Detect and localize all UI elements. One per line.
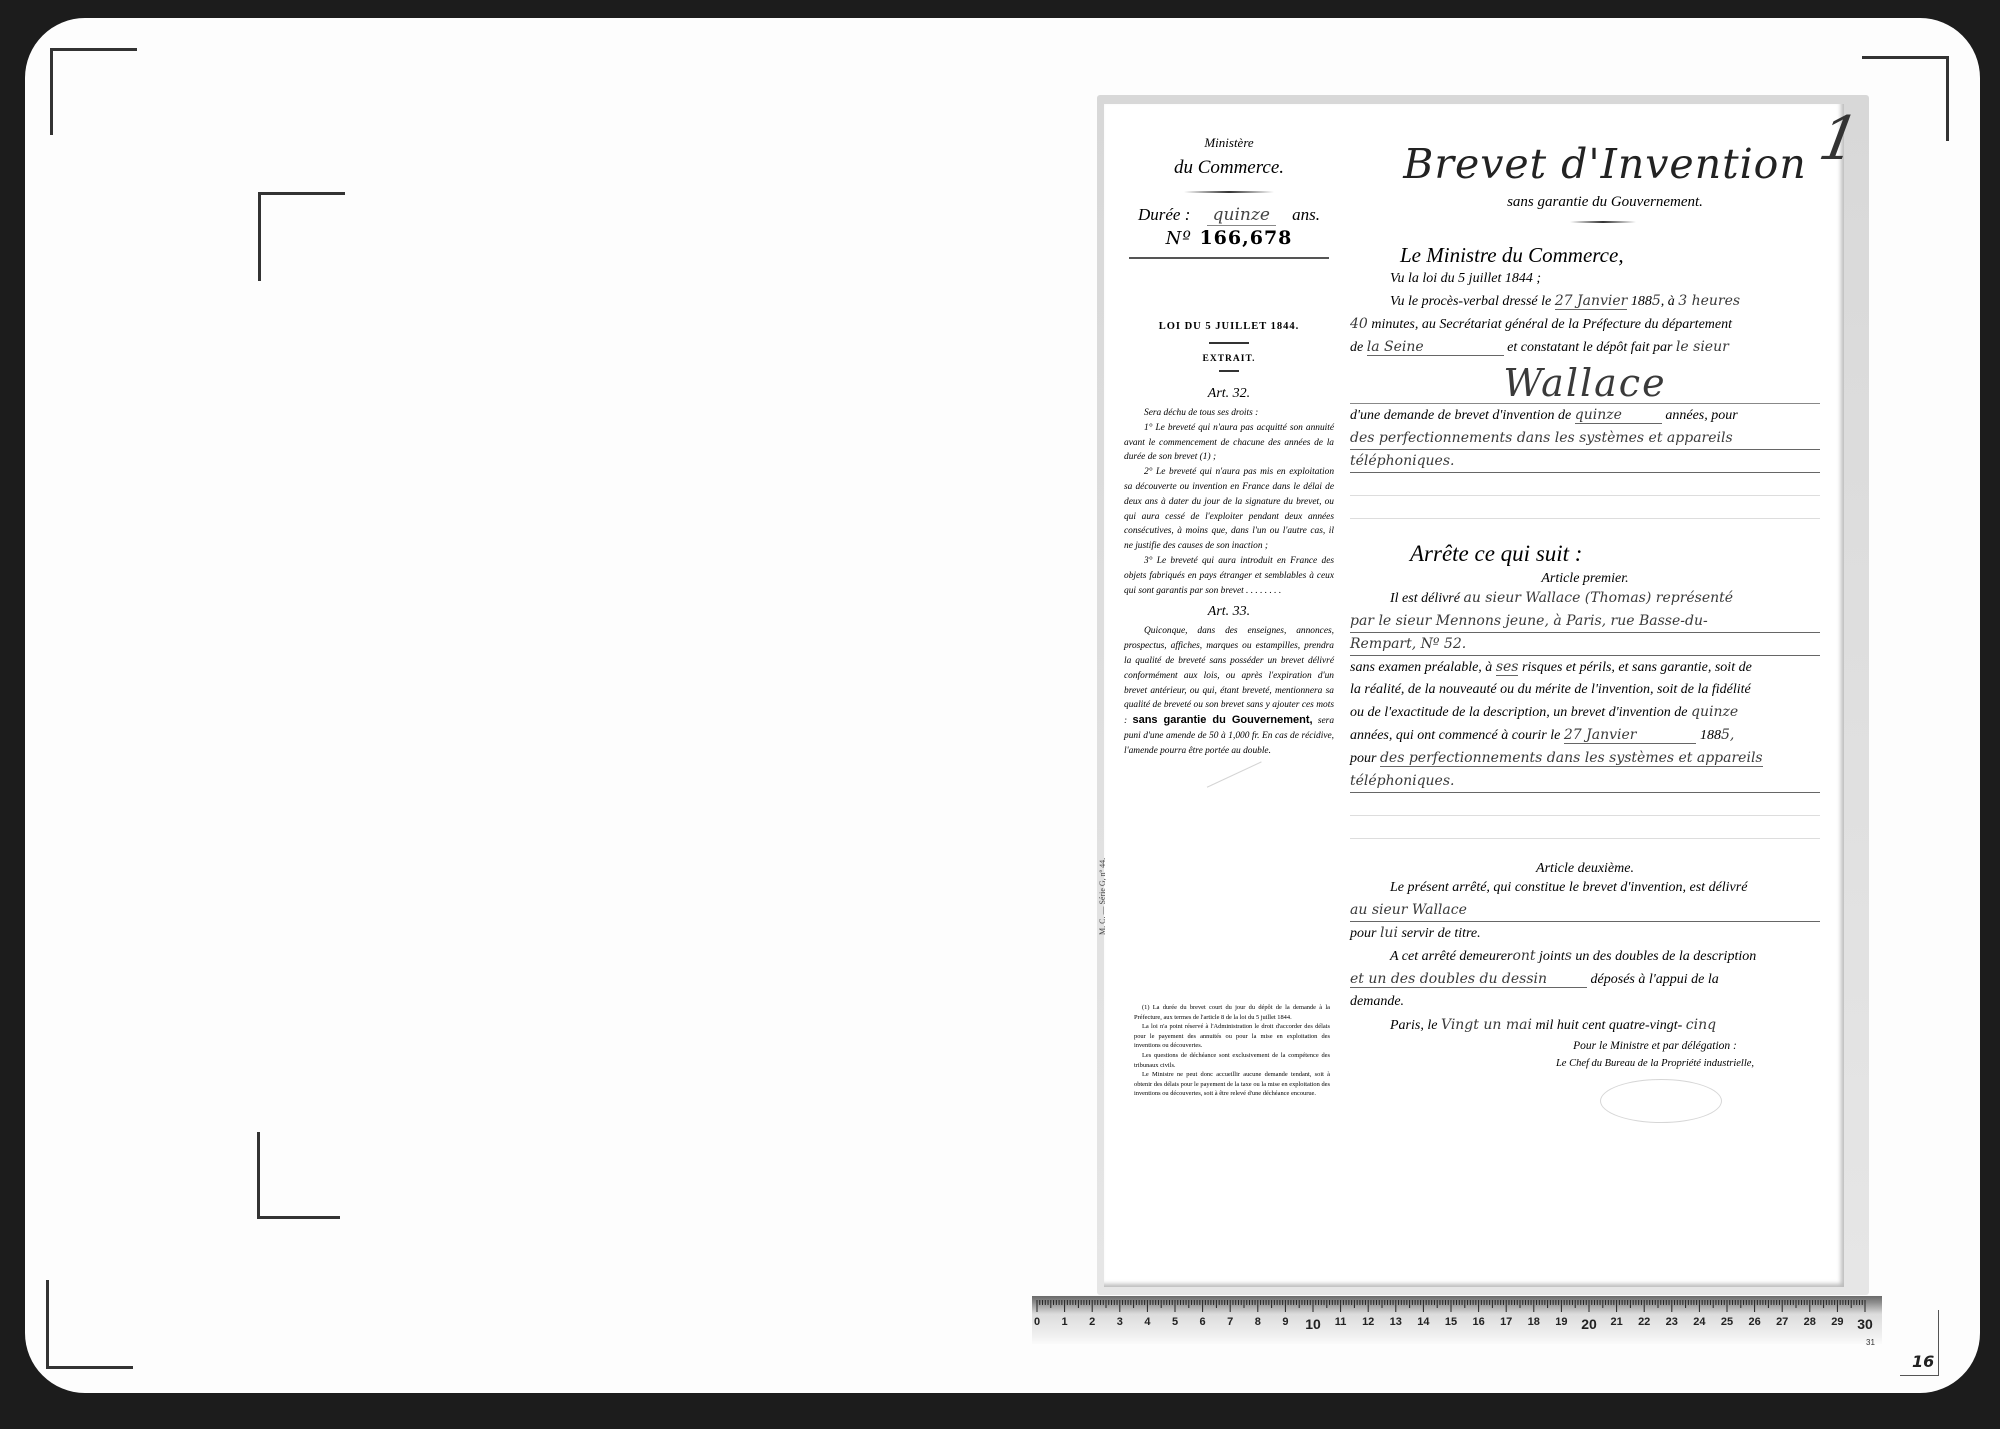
ruler-label: 27 — [1776, 1316, 1788, 1328]
document-title: Brevet d'Invention — [1390, 140, 1820, 188]
short-divider — [1209, 342, 1249, 344]
duration-label: Durée : — [1138, 205, 1190, 224]
article-2-line: au sieur Wallace — [1350, 899, 1820, 922]
article-1-heading: Article premier. — [1350, 571, 1820, 587]
signature — [1600, 1079, 1722, 1123]
corner-bracket — [1900, 1375, 1939, 1376]
deposit-person: le sieur — [1676, 339, 1729, 355]
article-1-line: Rempart, Nº 52. — [1350, 633, 1820, 656]
demand-prefix: d'une demande de brevet d'invention de — [1350, 408, 1571, 423]
ministry-name: du Commerce. — [1124, 157, 1334, 179]
article-2-line: demande. — [1350, 991, 1820, 1013]
demand-duration: quinze — [1575, 407, 1662, 424]
text: années, qui ont commencé à courir le — [1350, 728, 1560, 743]
hand-value: ses — [1496, 659, 1519, 676]
minister-heading: Le Ministre du Commerce, — [1400, 243, 1820, 268]
footnote: Le Ministre ne peut donc accueillir aucu… — [1134, 1070, 1330, 1099]
patent-number: Nº 166,678 — [1124, 227, 1334, 249]
ruler-label: 2 — [1089, 1316, 1095, 1328]
article-1-line: années, qui ont commencé à courir le 27 … — [1350, 724, 1820, 747]
article-2-heading: Article deuxième. — [1350, 861, 1820, 877]
ruler-label: 17 — [1500, 1316, 1512, 1328]
text: joint — [1539, 949, 1565, 964]
crop-mark-top-left-outer — [50, 48, 137, 135]
ruler-label: 6 — [1200, 1316, 1206, 1328]
pv-prefix: Vu le procès-verbal dressé le — [1390, 294, 1551, 309]
frame-number: 16 — [1912, 1352, 1934, 1371]
article-1-line: par le sieur Mennons jeune, à Paris, rue… — [1350, 610, 1820, 633]
number-prefix: Nº — [1166, 228, 1192, 249]
arrete-heading: Arrête ce qui suit : — [1410, 541, 1820, 567]
article-33-text-before: Quiconque, dans des enseignes, annonces,… — [1124, 626, 1334, 726]
article-33-emphasis: sans garantie du Gouvernement, — [1132, 714, 1312, 726]
applicant-name: Wallace — [1350, 363, 1820, 404]
article-2-line: pour lui servir de titre. — [1350, 922, 1820, 945]
grantee: au sieur Wallace (Thomas) représenté — [1463, 590, 1733, 606]
proces-verbal-line: Vu le procès-verbal dressé le 27 Janvier… — [1350, 290, 1820, 313]
article-1-line: téléphoniques. — [1350, 770, 1820, 793]
extract-heading: EXTRAIT. — [1124, 354, 1334, 364]
footnote: (1) La durée du brevet court du jour du … — [1134, 1003, 1330, 1022]
duration-field: Durée : quinze ans. — [1124, 205, 1334, 225]
ruler-label: 0 — [1034, 1316, 1040, 1328]
blank-lines — [1350, 815, 1820, 839]
text: 188 — [1700, 728, 1721, 743]
footnotes: (1) La durée du brevet court du jour du … — [1134, 1003, 1330, 1099]
article-32-paragraph: 3° Le breveté qui aura introduit en Fran… — [1124, 554, 1334, 598]
article-1-line: sans examen préalable, à ses risques et … — [1350, 656, 1820, 679]
dept-value: la Seine — [1367, 339, 1504, 356]
ruler-label: 13 — [1390, 1316, 1402, 1328]
ruler-label: 30 — [1857, 1316, 1873, 1332]
article-1-line: Il est délivré au sieur Wallace (Thomas)… — [1350, 587, 1820, 610]
date-day: Vingt un mai — [1441, 1017, 1532, 1033]
ruler-label: 9 — [1282, 1316, 1288, 1328]
ruler-label: 18 — [1528, 1316, 1540, 1328]
ruler-label: 21 — [1610, 1316, 1622, 1328]
corner-bracket — [1938, 1310, 1939, 1376]
duration-unit: ans. — [1292, 205, 1320, 224]
text: A cet arrêté demeurer — [1390, 949, 1512, 964]
hand-value: s — [1565, 948, 1572, 964]
pv-date: 27 Janvier — [1555, 293, 1628, 310]
article-2-line: A cet arrêté demeureront joints un des d… — [1350, 945, 1820, 968]
ruler-label: 10 — [1305, 1316, 1321, 1332]
article-33-heading: Art. 33. — [1124, 604, 1334, 620]
pv-year-prefix: 188 — [1631, 294, 1652, 309]
ministry-label: Ministère — [1124, 135, 1334, 151]
ruler-label: 23 — [1666, 1316, 1678, 1328]
pv-minutes-text: minutes, au Secrétariat général de la Pr… — [1371, 317, 1732, 332]
number-value: 166,678 — [1199, 227, 1292, 249]
footnote: La loi n'a point réservé à l'Administrat… — [1134, 1022, 1330, 1051]
hand-value: 5, — [1721, 727, 1734, 743]
subject-line-1: des perfectionnements dans les systèmes … — [1350, 427, 1820, 450]
divider-rule — [1129, 257, 1329, 259]
document-subtitle: sans garantie du Gouvernement. — [1390, 194, 1820, 211]
ruler-label: 11 — [1335, 1316, 1347, 1328]
left-column: Ministère du Commerce. Durée : quinze an… — [1124, 135, 1334, 759]
blank-lines — [1350, 495, 1820, 519]
hand-value: quinze — [1691, 704, 1738, 720]
vu-loi-line: Vu la loi du 5 juillet 1844 ; — [1350, 268, 1820, 290]
subject-line-2: téléphoniques. — [1350, 450, 1820, 473]
ruler-label: 25 — [1721, 1316, 1733, 1328]
signoff-bureau-chief: Le Chef du Bureau de la Propriété indust… — [1490, 1058, 1820, 1069]
article-2-line: et un des doubles du dessin déposés à l'… — [1350, 968, 1820, 991]
text: pour — [1350, 926, 1376, 941]
ruler-label: 15 — [1445, 1316, 1457, 1328]
footnote: Les questions de déchéance sont exclusiv… — [1134, 1051, 1330, 1070]
text: sans examen préalable, à — [1350, 660, 1492, 675]
text: déposés à l'appui de la — [1591, 972, 1719, 987]
article-32-paragraph: 2° Le breveté qui n'aura pas mis en expl… — [1124, 465, 1334, 554]
article-32-heading: Art. 32. — [1124, 386, 1334, 402]
ruler-label: 8 — [1255, 1316, 1261, 1328]
department-line: de la Seine et constatant le dépôt fait … — [1350, 336, 1820, 359]
pv-year: 5 — [1652, 293, 1661, 309]
law-heading: LOI DU 5 JUILLET 1844. — [1124, 321, 1334, 332]
pv-minutes: 40 — [1350, 316, 1368, 332]
ruler-label: 24 — [1693, 1316, 1705, 1328]
ruler-label: 19 — [1555, 1316, 1567, 1328]
ruler-label: 14 — [1417, 1316, 1429, 1328]
crop-mark-top-right — [1862, 56, 1949, 141]
article-33-text: Quiconque, dans des enseignes, annonces,… — [1124, 624, 1334, 758]
ruler-label: 29 — [1831, 1316, 1843, 1328]
crop-mark-top-left-inner — [258, 192, 345, 281]
article-2-line: Le présent arrêté, qui constitue le brev… — [1350, 877, 1820, 899]
ruler-label: 3 — [1117, 1316, 1123, 1328]
hand-value: et un des doubles du dessin — [1350, 971, 1587, 988]
minutes-line: 40 minutes, au Secrétariat général de la… — [1350, 313, 1820, 336]
article-1-line: ou de l'exactitude de la description, un… — [1350, 701, 1820, 724]
ruler-label: 1 — [1062, 1316, 1068, 1328]
ornament-divider — [1570, 221, 1636, 223]
demand-line: d'une demande de brevet d'invention de q… — [1350, 404, 1820, 427]
hand-value: lui — [1380, 925, 1398, 941]
hand-value: ont — [1512, 948, 1535, 964]
article-1-line: pour des perfectionnements dans les syst… — [1350, 747, 1820, 770]
signoff-delegation: Pour le Ministre et par délégation : — [1490, 1040, 1820, 1052]
text: pour — [1350, 751, 1376, 766]
pv-time: 3 heures — [1678, 293, 1740, 309]
article-32-paragraph: 1° Le breveté qui n'aura pas acquitté so… — [1124, 421, 1334, 465]
ruler-label: 7 — [1227, 1316, 1233, 1328]
date-year-text: mil huit cent quatre-vingt- — [1535, 1018, 1682, 1033]
date-year-hand: cinq — [1686, 1017, 1716, 1033]
ornament-divider — [1184, 191, 1274, 193]
hand-value: des perfectionnements dans les systèmes … — [1380, 750, 1763, 767]
crop-mark-bottom-left-outer — [46, 1280, 133, 1369]
duration-value: quinze — [1207, 205, 1276, 226]
text: ou de l'exactitude de la description, un… — [1350, 705, 1687, 720]
ruler-label: 12 — [1362, 1316, 1374, 1328]
text: un des doubles de la description — [1575, 949, 1756, 964]
ruler-label: 20 — [1581, 1316, 1597, 1332]
ruler-label: 28 — [1804, 1316, 1816, 1328]
demand-suffix: années, pour — [1665, 408, 1737, 423]
ruler-label: 4 — [1144, 1316, 1150, 1328]
short-divider — [1219, 370, 1239, 372]
side-reference: M. C. — Série G, nº 44. — [1098, 858, 1107, 935]
article-32-text: Sera déchu de tous ses droits : 1° Le br… — [1124, 406, 1334, 598]
crop-mark-bottom-left-inner — [257, 1132, 340, 1219]
ruler-label: 5 — [1172, 1316, 1178, 1328]
ruler-ticks — [1032, 1300, 1882, 1314]
ruler-label: 26 — [1748, 1316, 1760, 1328]
article-1-line: la réalité, de la nouveauté ou du mérite… — [1350, 679, 1820, 701]
right-column: Brevet d'Invention sans garantie du Gouv… — [1350, 140, 1820, 1123]
ruler-label: 16 — [1472, 1316, 1484, 1328]
deposit-text: et constatant le dépôt fait par — [1507, 340, 1672, 355]
ruler-label: 22 — [1638, 1316, 1650, 1328]
ruler-sub-label: 31 — [1866, 1338, 1875, 1347]
date-line: Paris, le Vingt un mai mil huit cent qua… — [1350, 1017, 1820, 1034]
article-32-paragraph: Sera déchu de tous ses droits : — [1124, 406, 1334, 421]
hand-value: 27 Janvier — [1564, 727, 1697, 744]
text: servir de titre. — [1401, 926, 1480, 941]
date-prefix: Paris, le — [1390, 1018, 1437, 1033]
article-1-prefix: Il est délivré — [1390, 591, 1460, 606]
dept-prefix: de — [1350, 340, 1363, 355]
text: risques et périls, et sans garantie, soi… — [1522, 660, 1752, 675]
